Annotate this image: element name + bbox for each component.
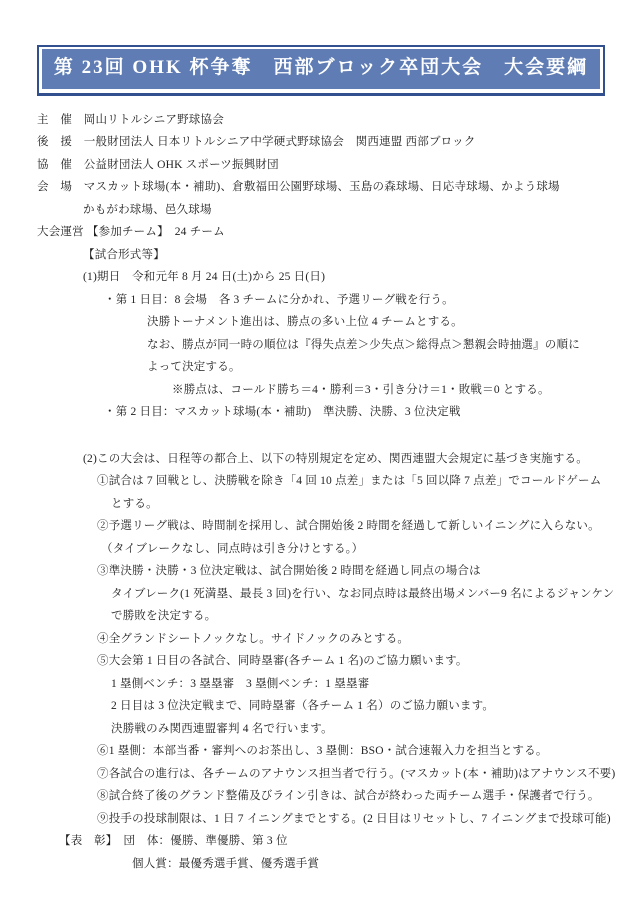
awards-individual-line: 個人賞：最優秀選手賞、優秀選手賞	[132, 853, 605, 876]
rule1-line-2: とする。	[111, 493, 605, 516]
section-spacer	[37, 424, 605, 448]
points-note-line: ※勝点は、コールド勝ち＝4・勝利＝3・引き分け＝1・敗戦＝0 とする。	[172, 379, 605, 402]
rule2-line-2: （タイブレークなし、同点時は引き分けとする。）	[101, 538, 605, 561]
rule4-line: ④全グランドシートノックなし。サイドノックのみとする。	[97, 628, 605, 651]
venue-line-1: 会 場 マスカット球場(本・補助)、倉敷福田公園野球場、玉島の森球場、日応寺球場…	[37, 176, 605, 199]
rule8-line: ⑧試合終了後のグランド整備及びライン引きは、試合が終わった両チーム選手・保護者で…	[97, 785, 605, 808]
rule3-line-1: ③準決勝・決勝・3 位決定戦は、試合開始後 2 時間を経過し同点の場合は	[97, 560, 605, 583]
supporter-line: 後 援 一般財団法人 日本リトルシニア中学硬式野球協会 関西連盟 西部ブロック	[37, 131, 605, 154]
title-banner-frame: 第 23回 OHK 杯争奪 西部ブロック卒団大会 大会要綱	[37, 45, 605, 96]
day1-line: ・第 1 日目：8 会場 各 3 チームに分かれ、予選リーグ戦を行う。	[104, 289, 605, 312]
date-line: (1)期日 令和元年 8 月 24 日(土)から 25 日(日)	[83, 266, 605, 289]
final-advance-line: 決勝トーナメント進出は、勝点の多い上位 4 チームとする。	[147, 311, 605, 334]
awards-team-line: 【表 彰】 団 体：優勝、準優勝、第 3 位	[59, 830, 605, 853]
organizer-line: 主 催 岡山リトルシニア野球協会	[37, 109, 605, 132]
rule5-line-3: 2 日目は 3 位決定戦まで、同時塁審（各チーム 1 名）のご協力願います。	[111, 695, 605, 718]
rule1-line-1: ①試合は 7 回戦とし、決勝戦を除き「4 回 10 点差」または「5 回以降 7…	[97, 470, 605, 493]
rule5-line-4: 決勝戦のみ関西連盟審判 4 名で行います。	[111, 718, 605, 741]
rule3-line-2: タイブレーク(1 死満塁、最長 3 回)を行い、なお同点時は最終出場メンバー9 …	[111, 583, 605, 606]
rule6-line: ⑥1 塁側：本部当番・審判へのお茶出し、3 塁側：BSO・試合速報入力を担当とす…	[97, 740, 605, 763]
tiebreak-rank-line-1: なお、勝点が同一時の順位は『得失点差＞少失点＞総得点＞懇親会時抽選』の順に	[147, 334, 605, 357]
special-rules-line: (2)この大会は、日程等の都合上、以下の特別規定を定め、関西連盟大会規定に基づき…	[83, 448, 605, 471]
page-title: 第 23回 OHK 杯争奪 西部ブロック卒団大会 大会要綱	[42, 49, 600, 89]
rule2-line-1: ②予選リーグ戦は、時間制を採用し、試合開始後 2 時間を経過して新しいイニングに…	[97, 515, 605, 538]
rule7-line: ⑦各試合の進行は、各チームのアナウンス担当者で行う。(マスカット(本・補助)はア…	[97, 763, 605, 786]
format-heading-line: 【試合形式等】	[83, 244, 605, 267]
rule5-line-1: ⑤大会第 1 日目の各試合、同時塁審(各チーム 1 名)のご協力願います。	[97, 650, 605, 673]
document-page: 第 23回 OHK 杯争奪 西部ブロック卒団大会 大会要綱 主 催 岡山リトルシ…	[0, 0, 640, 906]
cosponsor-line: 協 催 公益財団法人 OHK スポーツ振興財団	[37, 154, 605, 177]
venue-line-2: かもがわ球場、邑久球場	[83, 199, 605, 222]
day2-line: ・第 2 日目：マスカット球場(本・補助) 準決勝、決勝、3 位決定戦	[104, 401, 605, 424]
rule5-line-2: 1 塁側ベンチ：3 塁塁審 3 塁側ベンチ：1 塁塁審	[111, 673, 605, 696]
tiebreak-rank-line-2: よって決定する。	[147, 356, 605, 379]
rule3-line-3: で勝敗を決定する。	[111, 605, 605, 628]
operations-teams-line: 大会運営 【参加チーム】 24 チーム	[37, 221, 605, 244]
rule9-line: ⑨投手の投球制限は、1 日 7 イニングまでとする。(2 日目はリセットし、7 …	[97, 808, 605, 831]
